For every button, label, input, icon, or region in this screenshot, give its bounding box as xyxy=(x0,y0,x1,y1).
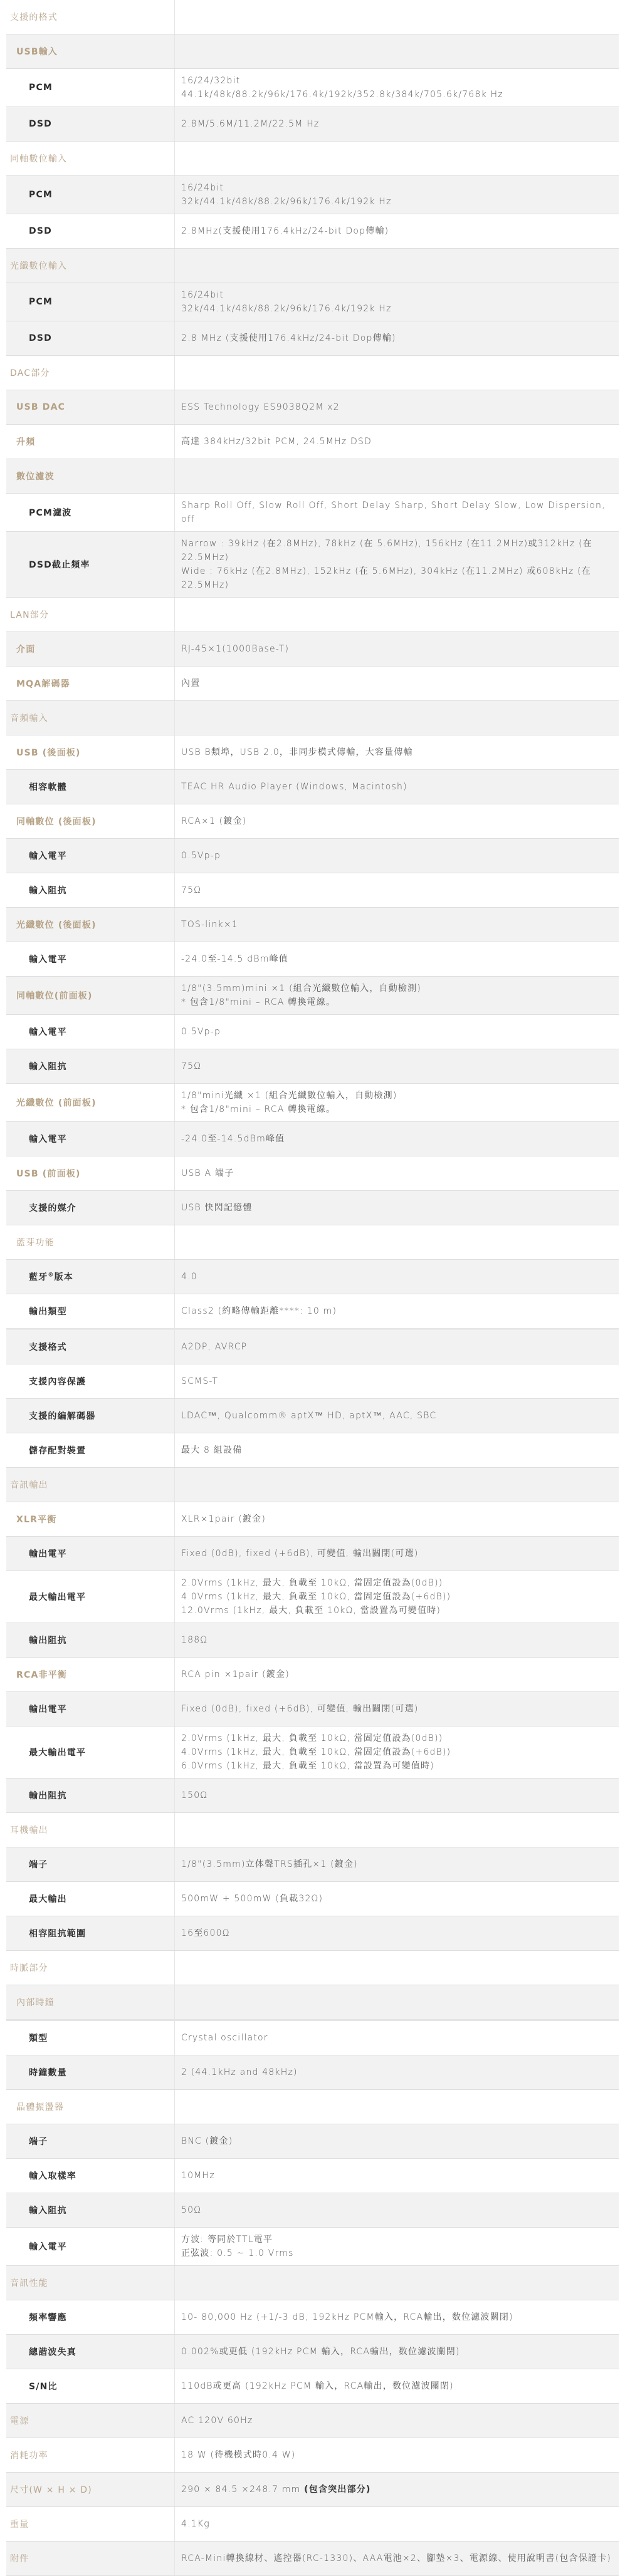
spec-value-cell xyxy=(175,1468,619,1502)
spec-label: 支援的編解碼器 xyxy=(10,1410,174,1422)
spec-label-cell: 輸出電平 xyxy=(6,1537,175,1571)
spec-value-cell: 500mW + 500mW (負載32Ω) xyxy=(175,1882,619,1916)
spec-value-cell: Fixed (0dB), fixed (+6dB), 可變值, 輸出關閉(可選) xyxy=(175,1692,619,1727)
spec-label-cell: 輸出類型 xyxy=(6,1294,175,1329)
spec-label-cell: 消耗功率 xyxy=(6,2438,175,2473)
spec-value-line: 150Ω xyxy=(181,1789,615,1802)
spec-value-line: Wide : 76kHz (在2.8MHz), 152kHz (在 5.6MHz… xyxy=(181,564,615,592)
spec-value-cell xyxy=(175,459,619,494)
spec-label-cell: 最大輸出電平 xyxy=(6,1571,175,1623)
spec-value-cell: 18 W (待機模式時0.4 W) xyxy=(175,2438,619,2473)
spec-value-cell xyxy=(175,34,619,69)
spec-value-line: Sharp Roll Off, Slow Roll Off, Short Del… xyxy=(181,499,615,526)
spec-label: 輸入電平 xyxy=(10,953,174,965)
spec-row: 最大輸出電平2.0Vrms (1kHz, 最大, 負載至 10kΩ, 當固定值設… xyxy=(6,1571,619,1623)
spec-label-cell: DSD xyxy=(6,321,175,356)
section-heading: 耳機輸出 xyxy=(10,1824,174,1836)
spec-label-cell: 頻率響應 xyxy=(6,2300,175,2335)
spec-value-line: -24.0至-14.5 dBm峰值 xyxy=(181,952,615,966)
spec-row: 附件RCA-Mini轉換線材、遙控器(RC-1330)、AAA電池×2、腳墊×3… xyxy=(6,2542,619,2576)
spec-value-line: -24.0至-14.5dBm峰值 xyxy=(181,1132,615,1146)
section-heading: 音訊輸出 xyxy=(10,1478,174,1491)
spec-label-cell: 輸出電平 xyxy=(6,1692,175,1727)
section-heading: 電源 xyxy=(10,2414,174,2427)
spec-label: DSD xyxy=(10,333,174,343)
spec-value-cell: 10- 80,000 Hz (+1/-3 dB, 192kHz PCM輸入，RC… xyxy=(175,2300,619,2335)
spec-value-line: RCA pin ×1pair (鍍金) xyxy=(181,1668,615,1681)
spec-value-line: USB 快閃記憶體 xyxy=(181,1201,615,1215)
spec-label-cell: 數位濾波 xyxy=(6,459,175,494)
spec-label: 端子 xyxy=(10,2135,174,2148)
spec-label: 支援內容保護 xyxy=(10,1375,174,1388)
spec-label-cell: PCM濾波 xyxy=(6,494,175,532)
spec-row: DSD截止頻率Narrow : 39kHz (在2.8MHz), 78kHz (… xyxy=(6,532,619,598)
spec-row: 支援的格式 xyxy=(6,0,619,34)
spec-value-cell: USB A 端子 xyxy=(175,1156,619,1191)
spec-value-cell: TOS-link×1 xyxy=(175,908,619,942)
spec-value-cell xyxy=(175,1225,619,1260)
spec-value-cell xyxy=(175,1813,619,1847)
spec-row: 支援內容保護SCMS-T xyxy=(6,1364,619,1399)
spec-value-cell: 110dB或更高 (192kHz PCM 輸入，RCA輸出，数位濾波關閉) xyxy=(175,2369,619,2404)
spec-row: LAN部分 xyxy=(6,598,619,632)
spec-label-cell: 端子 xyxy=(6,2124,175,2159)
spec-value-line: RCA×1 (鍍金) xyxy=(181,814,615,828)
spec-label-cell: 輸入電平 xyxy=(6,839,175,873)
spec-row: 重量4.1Kg xyxy=(6,2507,619,2542)
spec-label: PCM xyxy=(10,190,174,200)
spec-value-cell: RJ-45×1(1000Base-T) xyxy=(175,632,619,667)
spec-row: 光纖數位 (後面板)TOS-link×1 xyxy=(6,908,619,942)
spec-label-cell: MQA解碼器 xyxy=(6,667,175,701)
spec-value-line: 1/8"(3.5mm)立体聲TRS插孔×1 (鍍金) xyxy=(181,1857,615,1871)
spec-value-cell: 10MHz xyxy=(175,2159,619,2193)
spec-row: DSD2.8MHz(支援使用176.4kHz/24-bit Dop傳輸) xyxy=(6,214,619,249)
spec-value-cell: 16/24bit32k/44.1k/48k/88.2k/96k/176.4k/1… xyxy=(175,283,619,321)
spec-value-cell: RCA×1 (鍍金) xyxy=(175,804,619,839)
spec-value-cell xyxy=(175,2266,619,2300)
spec-value-line: TEAC HR Audio Player (Windows, Macintosh… xyxy=(181,780,615,794)
spec-value-line: XLR×1pair (鍍金) xyxy=(181,1512,615,1526)
spec-label-cell: 輸入電平 xyxy=(6,1122,175,1156)
spec-value-cell: 1/8"(3.5mm)mini ×1 (組合光纖數位輸入，自動檢測)* 包含1/… xyxy=(175,977,619,1015)
spec-table: 支援的格式USB輸入PCM16/24/32bit44.1k/48k/88.2k/… xyxy=(6,0,619,2576)
spec-label-cell: 升頻 xyxy=(6,425,175,459)
spec-value-cell: -24.0至-14.5 dBm峰值 xyxy=(175,942,619,977)
spec-value-line: 50Ω xyxy=(181,2203,615,2217)
spec-value-line: RCA-Mini轉換線材、遙控器(RC-1330)、AAA電池×2、腳墊×3、電… xyxy=(181,2552,615,2565)
spec-label: 最大輸出電平 xyxy=(10,1746,174,1758)
spec-value-cell: 290 × 84.5 ×248.7 mm (包含突出部分) xyxy=(175,2473,619,2507)
spec-label-cell: 輸入電平 xyxy=(6,942,175,977)
spec-label: 輸入阻抗 xyxy=(10,2204,174,2216)
spec-value-line: 2.8MHz(支援使用176.4kHz/24-bit Dop傳輸) xyxy=(181,224,615,238)
spec-row: 晶體振盪器 xyxy=(6,2090,619,2124)
spec-label-cell: 藍芽功能 xyxy=(6,1225,175,1260)
spec-row: 升頻高達 384kHz/32bit PCM, 24.5MHz DSD xyxy=(6,425,619,459)
spec-label-cell: 輸出阻抗 xyxy=(6,1623,175,1658)
group-label: 同軸數位(前面板) xyxy=(10,989,174,1002)
spec-value-line: 6.0Vrms (1kHz, 最大, 負載至 10kΩ, 當設置為可變值時) xyxy=(181,1759,615,1773)
spec-label-cell: 音頻輸入 xyxy=(6,701,175,735)
spec-row: 相容軟體TEAC HR Audio Player (Windows, Macin… xyxy=(6,770,619,804)
spec-row: MQA解碼器內置 xyxy=(6,667,619,701)
spec-label-cell: DAC部分 xyxy=(6,356,175,390)
spec-value-cell: 0.002%或更低 (192kHz PCM 輸入，RCA輸出，数位濾波關閉) xyxy=(175,2335,619,2369)
spec-value-cell: ESS Technology ES9038Q2M x2 xyxy=(175,390,619,425)
spec-value-line: AC 120V 60Hz xyxy=(181,2414,615,2428)
section-heading: 音訊性能 xyxy=(10,2277,174,2289)
spec-value-cell: XLR×1pair (鍍金) xyxy=(175,1502,619,1537)
group-label: USB輸入 xyxy=(10,45,174,58)
spec-label-cell: 尺寸(W × H × D) xyxy=(6,2473,175,2507)
spec-label: 支援的媒介 xyxy=(10,1202,174,1214)
spec-row: PCM16/24bit32k/44.1k/48k/88.2k/96k/176.4… xyxy=(6,283,619,321)
spec-value-line: 16/24bit xyxy=(181,181,615,195)
group-label: USB (後面板) xyxy=(10,746,174,759)
spec-label-cell: 類型 xyxy=(6,2020,175,2055)
spec-value-line: 75Ω xyxy=(181,883,615,897)
spec-label-cell: 藍牙®版本 xyxy=(6,1260,175,1294)
spec-label: 儲存配對裝置 xyxy=(10,1444,174,1457)
spec-table-body: 支援的格式USB輸入PCM16/24/32bit44.1k/48k/88.2k/… xyxy=(6,0,619,2576)
spec-value-cell: 75Ω xyxy=(175,1049,619,1084)
spec-row: 同軸數位(前面板)1/8"(3.5mm)mini ×1 (組合光纖數位輸入，自動… xyxy=(6,977,619,1015)
spec-label: 輸出電平 xyxy=(10,1547,174,1560)
spec-value-cell xyxy=(175,2090,619,2124)
spec-row: 相容阻抗範圍16至600Ω xyxy=(6,1916,619,1951)
spec-row: 時鐘數量2 (44.1kHz and 48kHz) xyxy=(6,2055,619,2090)
spec-label-cell: USB (前面板) xyxy=(6,1156,175,1191)
spec-row: 輸出類型Class2 (約略傳輸距離****: 10 m) xyxy=(6,1294,619,1329)
spec-label: 輸入阻抗 xyxy=(10,1060,174,1072)
spec-value-cell: 75Ω xyxy=(175,873,619,908)
spec-row: 介面RJ-45×1(1000Base-T) xyxy=(6,632,619,667)
spec-row: 輸入電平-24.0至-14.5 dBm峰值 xyxy=(6,942,619,977)
spec-row: 輸入電平-24.0至-14.5dBm峰值 xyxy=(6,1122,619,1156)
spec-label: PCM xyxy=(10,297,174,307)
spec-label: 輸出類型 xyxy=(10,1305,174,1317)
spec-label: 輸入電平 xyxy=(10,1133,174,1145)
spec-row: 輸入電平0.5Vp-p xyxy=(6,1015,619,1049)
spec-value-line: 4.0 xyxy=(181,1270,615,1284)
spec-label: 支援格式 xyxy=(10,1341,174,1353)
spec-value-line: 75Ω xyxy=(181,1059,615,1073)
spec-label: 輸出阻抗 xyxy=(10,1789,174,1802)
section-heading: 尺寸(W × H × D) xyxy=(10,2483,174,2496)
spec-value-cell: TEAC HR Audio Player (Windows, Macintosh… xyxy=(175,770,619,804)
spec-row: S/N比110dB或更高 (192kHz PCM 輸入，RCA輸出，数位濾波關閉… xyxy=(6,2369,619,2404)
spec-value-cell: 2.8MHz(支援使用176.4kHz/24-bit Dop傳輸) xyxy=(175,214,619,249)
spec-value-line: 12.0Vrms (1kHz, 最大, 負載至 10kΩ, 當設置為可變值時) xyxy=(181,1604,615,1618)
spec-label-cell: 光纖數位 (後面板) xyxy=(6,908,175,942)
spec-label-cell: 支援格式 xyxy=(6,1329,175,1364)
spec-value-line: 內置 xyxy=(181,677,615,690)
spec-label: 相容軟體 xyxy=(10,781,174,793)
section-heading: 附件 xyxy=(10,2552,174,2565)
spec-row: 尺寸(W × H × D)290 × 84.5 ×248.7 mm (包含突出部… xyxy=(6,2473,619,2507)
section-heading: 重量 xyxy=(10,2518,174,2530)
spec-value-cell: AC 120V 60Hz xyxy=(175,2404,619,2438)
spec-label: 最大輸出 xyxy=(10,1893,174,1905)
spec-value-line: 4.0Vrms (1kHz, 最大, 負載至 10kΩ, 當固定值設為(+6dB… xyxy=(181,1590,615,1604)
spec-row: 數位濾波 xyxy=(6,459,619,494)
spec-value-line: 0.5Vp-p xyxy=(181,849,615,863)
spec-row: 音訊輸出 xyxy=(6,1468,619,1502)
spec-label-cell: 同軸數位 (後面板) xyxy=(6,804,175,839)
spec-row: 輸入電平方波: 等同於TTL電平正弦波: 0.5 ~ 1.0 Vrms xyxy=(6,2228,619,2266)
spec-row: 光纖數位 (前面板)1/8"mini光纖 ×1 (組合光纖數位輸入，自動檢測)*… xyxy=(6,1084,619,1122)
spec-row: PCM濾波Sharp Roll Off, Slow Roll Off, Shor… xyxy=(6,494,619,532)
spec-value-line: 0.5Vp-p xyxy=(181,1025,615,1039)
spec-label: PCM xyxy=(10,83,174,93)
spec-value-cell: Crystal oscillator xyxy=(175,2020,619,2055)
spec-label: 時鐘數量 xyxy=(10,2066,174,2079)
spec-row: 內部時鐘 xyxy=(6,1985,619,2020)
spec-label-cell: 輸入取樣率 xyxy=(6,2159,175,2193)
spec-row: 輸出電平Fixed (0dB), fixed (+6dB), 可變值, 輸出關閉… xyxy=(6,1537,619,1571)
spec-label: 輸出電平 xyxy=(10,1703,174,1715)
spec-value-line: 290 × 84.5 ×248.7 mm xyxy=(181,2485,301,2495)
spec-label-cell: DSD xyxy=(6,214,175,249)
spec-row: 輸入阻抗50Ω xyxy=(6,2193,619,2228)
section-heading: 時脈部分 xyxy=(10,1961,174,1974)
spec-row: 輸入阻抗75Ω xyxy=(6,873,619,908)
spec-label-cell: 輸入電平 xyxy=(6,1015,175,1049)
spec-value-line: Fixed (0dB), fixed (+6dB), 可變值, 輸出關閉(可選) xyxy=(181,1702,615,1716)
spec-label: DSD截止頻率 xyxy=(10,558,174,571)
spec-row: USB (前面板)USB A 端子 xyxy=(6,1156,619,1191)
spec-label-cell: 支援的編解碼器 xyxy=(6,1399,175,1433)
spec-value-cell: 16/24bit32k/44.1k/48k/88.2k/96k/176.4k/1… xyxy=(175,176,619,214)
spec-value-cell: Narrow : 39kHz (在2.8MHz), 78kHz (在 5.6MH… xyxy=(175,532,619,598)
spec-value-line: USB A 端子 xyxy=(181,1166,615,1180)
spec-value-cell: 2.8M/5.6M/11.2M/22.5M Hz xyxy=(175,107,619,142)
spec-value-cell: 方波: 等同於TTL電平正弦波: 0.5 ~ 1.0 Vrms xyxy=(175,2228,619,2266)
spec-row: PCM16/24bit32k/44.1k/48k/88.2k/96k/176.4… xyxy=(6,176,619,214)
spec-label-cell: 支援的媒介 xyxy=(6,1191,175,1225)
spec-label-cell: 音訊輸出 xyxy=(6,1468,175,1502)
spec-value-line: ESS Technology ES9038Q2M x2 xyxy=(181,400,615,414)
group-label: MQA解碼器 xyxy=(10,677,174,690)
spec-label-cell: USB DAC xyxy=(6,390,175,425)
spec-value-line: 110dB或更高 (192kHz PCM 輸入，RCA輸出，数位濾波關閉) xyxy=(181,2379,615,2393)
spec-row: 輸出阻抗188Ω xyxy=(6,1623,619,1658)
spec-value-line: 1/8"mini光纖 ×1 (組合光纖數位輸入，自動檢測) xyxy=(181,1089,615,1103)
spec-value-line: RJ-45×1(1000Base-T) xyxy=(181,642,615,656)
spec-value-cell: USB B類埠，USB 2.0，非同步模式傳輸，大容量傳輸 xyxy=(175,735,619,770)
spec-value-cell: Class2 (約略傳輸距離****: 10 m) xyxy=(175,1294,619,1329)
spec-label-cell: 時脈部分 xyxy=(6,1951,175,1985)
group-label: RCA非平衡 xyxy=(10,1668,174,1681)
spec-value-cell: LDAC™, Qualcomm® aptX™ HD, aptX™, AAC, S… xyxy=(175,1399,619,1433)
group-label: USB DAC xyxy=(10,402,174,412)
spec-label-cell: 光纖數位 (前面板) xyxy=(6,1084,175,1122)
spec-label: DSD xyxy=(10,226,174,236)
spec-label-cell: 重量 xyxy=(6,2507,175,2542)
spec-value-cell: 2.0Vrms (1kHz, 最大, 負載至 10kΩ, 當固定值設為(0dB)… xyxy=(175,1571,619,1623)
spec-row: 時脈部分 xyxy=(6,1951,619,1985)
spec-value-line: 16/24/32bit xyxy=(181,74,615,88)
spec-row: 儲存配對裝置最大 8 組設備 xyxy=(6,1433,619,1468)
spec-label-cell: 介面 xyxy=(6,632,175,667)
spec-value-cell xyxy=(175,249,619,283)
spec-value-line: 16至600Ω xyxy=(181,1926,615,1940)
spec-label: 藍牙®版本 xyxy=(10,1270,174,1283)
spec-label: 輸入電平 xyxy=(10,2240,174,2253)
group-label: 內部時鐘 xyxy=(10,1996,174,2008)
spec-value-line: 最大 8 組設備 xyxy=(181,1443,615,1457)
spec-label-cell: 端子 xyxy=(6,1847,175,1882)
spec-value-line: 44.1k/48k/88.2k/96k/176.4k/192k/352.8k/3… xyxy=(181,88,615,101)
spec-value-cell: -24.0至-14.5dBm峰值 xyxy=(175,1122,619,1156)
spec-value-line: TOS-link×1 xyxy=(181,918,615,932)
spec-value-line: 32k/44.1k/48k/88.2k/96k/176.4k/192k Hz xyxy=(181,195,615,209)
spec-value-line: 4.1Kg xyxy=(181,2517,615,2531)
spec-value-line: 2.0Vrms (1kHz, 最大, 負載至 10kΩ, 當固定值設為(0dB)… xyxy=(181,1732,615,1745)
spec-value-cell: 高達 384kHz/32bit PCM, 24.5MHz DSD xyxy=(175,425,619,459)
spec-row: 最大輸出電平2.0Vrms (1kHz, 最大, 負載至 10kΩ, 當固定值設… xyxy=(6,1727,619,1779)
spec-value-line: 1/8"(3.5mm)mini ×1 (組合光纖數位輸入，自動檢測) xyxy=(181,982,615,995)
spec-value-line: 4.0Vrms (1kHz, 最大, 負載至 10kΩ, 當固定值設為(+6dB… xyxy=(181,1745,615,1759)
spec-label-cell: XLR平衡 xyxy=(6,1502,175,1537)
spec-label: 端子 xyxy=(10,1858,174,1871)
spec-value-cell: SCMS-T xyxy=(175,1364,619,1399)
spec-row: 端子BNC (鍍金) xyxy=(6,2124,619,2159)
spec-value-line: 500mW + 500mW (負載32Ω) xyxy=(181,1892,615,1906)
spec-row: 藍芽功能 xyxy=(6,1225,619,1260)
spec-value-cell: 內置 xyxy=(175,667,619,701)
spec-label-cell: 輸入電平 xyxy=(6,2228,175,2266)
spec-value-line: * 包含1/8"mini – RCA 轉換電線。 xyxy=(181,995,615,1009)
spec-row: 支援格式A2DP, AVRCP xyxy=(6,1329,619,1364)
spec-value-cell: 16至600Ω xyxy=(175,1916,619,1951)
spec-value-cell: 0.5Vp-p xyxy=(175,839,619,873)
spec-row: 類型Crystal oscillator xyxy=(6,2020,619,2055)
spec-value-cell: 1/8"(3.5mm)立体聲TRS插孔×1 (鍍金) xyxy=(175,1847,619,1882)
spec-value-line: 2.8M/5.6M/11.2M/22.5M Hz xyxy=(181,117,615,131)
spec-label-cell: 同軸數位輸入 xyxy=(6,142,175,176)
spec-value-line: SCMS-T xyxy=(181,1374,615,1388)
spec-label: DSD xyxy=(10,119,174,129)
spec-value-line: 10- 80,000 Hz (+1/-3 dB, 192kHz PCM輸入，RC… xyxy=(181,2310,615,2324)
spec-label-cell: USB (後面板) xyxy=(6,735,175,770)
spec-value-line: BNC (鍍金) xyxy=(181,2134,615,2148)
spec-row: 總諧波失真0.002%或更低 (192kHz PCM 輸入，RCA輸出，数位濾波… xyxy=(6,2335,619,2369)
spec-label: 最大輸出電平 xyxy=(10,1591,174,1603)
spec-label-cell: 輸入阻抗 xyxy=(6,873,175,908)
section-heading: DAC部分 xyxy=(10,366,174,379)
spec-row: 支援的編解碼器LDAC™, Qualcomm® aptX™ HD, aptX™,… xyxy=(6,1399,619,1433)
spec-row: 耳機輸出 xyxy=(6,1813,619,1847)
group-label: 同軸數位 (後面板) xyxy=(10,815,174,828)
spec-label-cell: 輸入阻抗 xyxy=(6,2193,175,2228)
spec-row: PCM16/24/32bit44.1k/48k/88.2k/96k/176.4k… xyxy=(6,69,619,107)
spec-value-line: 方波: 等同於TTL電平 xyxy=(181,2233,615,2246)
spec-value-cell: 50Ω xyxy=(175,2193,619,2228)
spec-row: 電源AC 120V 60Hz xyxy=(6,2404,619,2438)
spec-value-line: 188Ω xyxy=(181,1633,615,1647)
spec-row: 光纖數位輸入 xyxy=(6,249,619,283)
spec-row: 輸入阻抗75Ω xyxy=(6,1049,619,1084)
section-heading: 同軸數位輸入 xyxy=(10,152,174,165)
group-label: 升頻 xyxy=(10,435,174,448)
spec-value-line: USB B類埠，USB 2.0，非同步模式傳輸，大容量傳輸 xyxy=(181,745,615,759)
spec-row: 藍牙®版本4.0 xyxy=(6,1260,619,1294)
spec-value-cell: 4.1Kg xyxy=(175,2507,619,2542)
spec-value-line: Class2 (約略傳輸距離****: 10 m) xyxy=(181,1304,615,1318)
spec-row: 輸出電平Fixed (0dB), fixed (+6dB), 可變值, 輸出關閉… xyxy=(6,1692,619,1727)
spec-value-note: (包含突出部分) xyxy=(304,2485,370,2495)
section-heading: LAN部分 xyxy=(10,608,174,621)
spec-value-cell: 4.0 xyxy=(175,1260,619,1294)
spec-label-cell: LAN部分 xyxy=(6,598,175,632)
spec-label: 輸入阻抗 xyxy=(10,884,174,896)
group-label: 光纖數位 (前面板) xyxy=(10,1096,174,1109)
spec-row: 支援的媒介USB 快閃記憶體 xyxy=(6,1191,619,1225)
spec-label-cell: 晶體振盪器 xyxy=(6,2090,175,2124)
spec-value-line: 高達 384kHz/32bit PCM, 24.5MHz DSD xyxy=(181,435,615,449)
spec-value-cell: 最大 8 組設備 xyxy=(175,1433,619,1468)
spec-value-line: 2 (44.1kHz and 48kHz) xyxy=(181,2065,615,2079)
spec-value-line: LDAC™, Qualcomm® aptX™ HD, aptX™, AAC, S… xyxy=(181,1409,615,1423)
spec-label-cell: RCA非平衡 xyxy=(6,1658,175,1692)
group-label: 藍芽功能 xyxy=(10,1236,174,1249)
spec-label-cell: 相容軟體 xyxy=(6,770,175,804)
spec-row: 頻率響應10- 80,000 Hz (+1/-3 dB, 192kHz PCM輸… xyxy=(6,2300,619,2335)
section-heading: 光纖數位輸入 xyxy=(10,259,174,272)
spec-row: 端子1/8"(3.5mm)立体聲TRS插孔×1 (鍍金) xyxy=(6,1847,619,1882)
spec-value-cell: RCA pin ×1pair (鍍金) xyxy=(175,1658,619,1692)
spec-label-cell: 音訊性能 xyxy=(6,2266,175,2300)
section-heading: 音頻輸入 xyxy=(10,712,174,724)
spec-row: 同軸數位輸入 xyxy=(6,142,619,176)
spec-row: 同軸數位 (後面板)RCA×1 (鍍金) xyxy=(6,804,619,839)
spec-label-cell: 同軸數位(前面板) xyxy=(6,977,175,1015)
spec-value-cell xyxy=(175,701,619,735)
spec-value-cell xyxy=(175,598,619,632)
spec-label-cell: 輸入阻抗 xyxy=(6,1049,175,1084)
spec-value-line: 2.8 MHz (支援使用176.4kHz/24-bit Dop傳輸) xyxy=(181,331,615,345)
spec-value-cell: 188Ω xyxy=(175,1623,619,1658)
spec-label-cell: 時鐘數量 xyxy=(6,2055,175,2090)
spec-row: 輸入電平0.5Vp-p xyxy=(6,839,619,873)
spec-label: 輸入電平 xyxy=(10,849,174,862)
spec-value-cell: Sharp Roll Off, Slow Roll Off, Short Del… xyxy=(175,494,619,532)
spec-label-cell: 最大輸出電平 xyxy=(6,1727,175,1779)
spec-value-line: * 包含1/8"mini – RCA 轉換電線。 xyxy=(181,1103,615,1116)
spec-value-cell xyxy=(175,356,619,390)
group-label: 晶體振盪器 xyxy=(10,2101,174,2113)
spec-row: DAC部分 xyxy=(6,356,619,390)
spec-row: 最大輸出500mW + 500mW (負載32Ω) xyxy=(6,1882,619,1916)
spec-label-cell: 附件 xyxy=(6,2542,175,2576)
spec-label-cell: 輸出阻抗 xyxy=(6,1779,175,1813)
spec-row: 輸入取樣率10MHz xyxy=(6,2159,619,2193)
spec-label: 類型 xyxy=(10,2032,174,2044)
spec-row: 輸出阻抗150Ω xyxy=(6,1779,619,1813)
spec-label: 輸出阻抗 xyxy=(10,1634,174,1646)
spec-value-cell: 2.0Vrms (1kHz, 最大, 負載至 10kΩ, 當固定值設為(0dB)… xyxy=(175,1727,619,1779)
spec-value-cell xyxy=(175,1951,619,1985)
spec-label-cell: S/N比 xyxy=(6,2369,175,2404)
spec-label-cell: PCM xyxy=(6,69,175,107)
spec-value-cell: 0.5Vp-p xyxy=(175,1015,619,1049)
spec-label: 輸入取樣率 xyxy=(10,2169,174,2182)
spec-value-cell xyxy=(175,142,619,176)
spec-value-cell: Fixed (0dB), fixed (+6dB), 可變值, 輸出關閉(可選) xyxy=(175,1537,619,1571)
spec-label: 輸入電平 xyxy=(10,1026,174,1038)
